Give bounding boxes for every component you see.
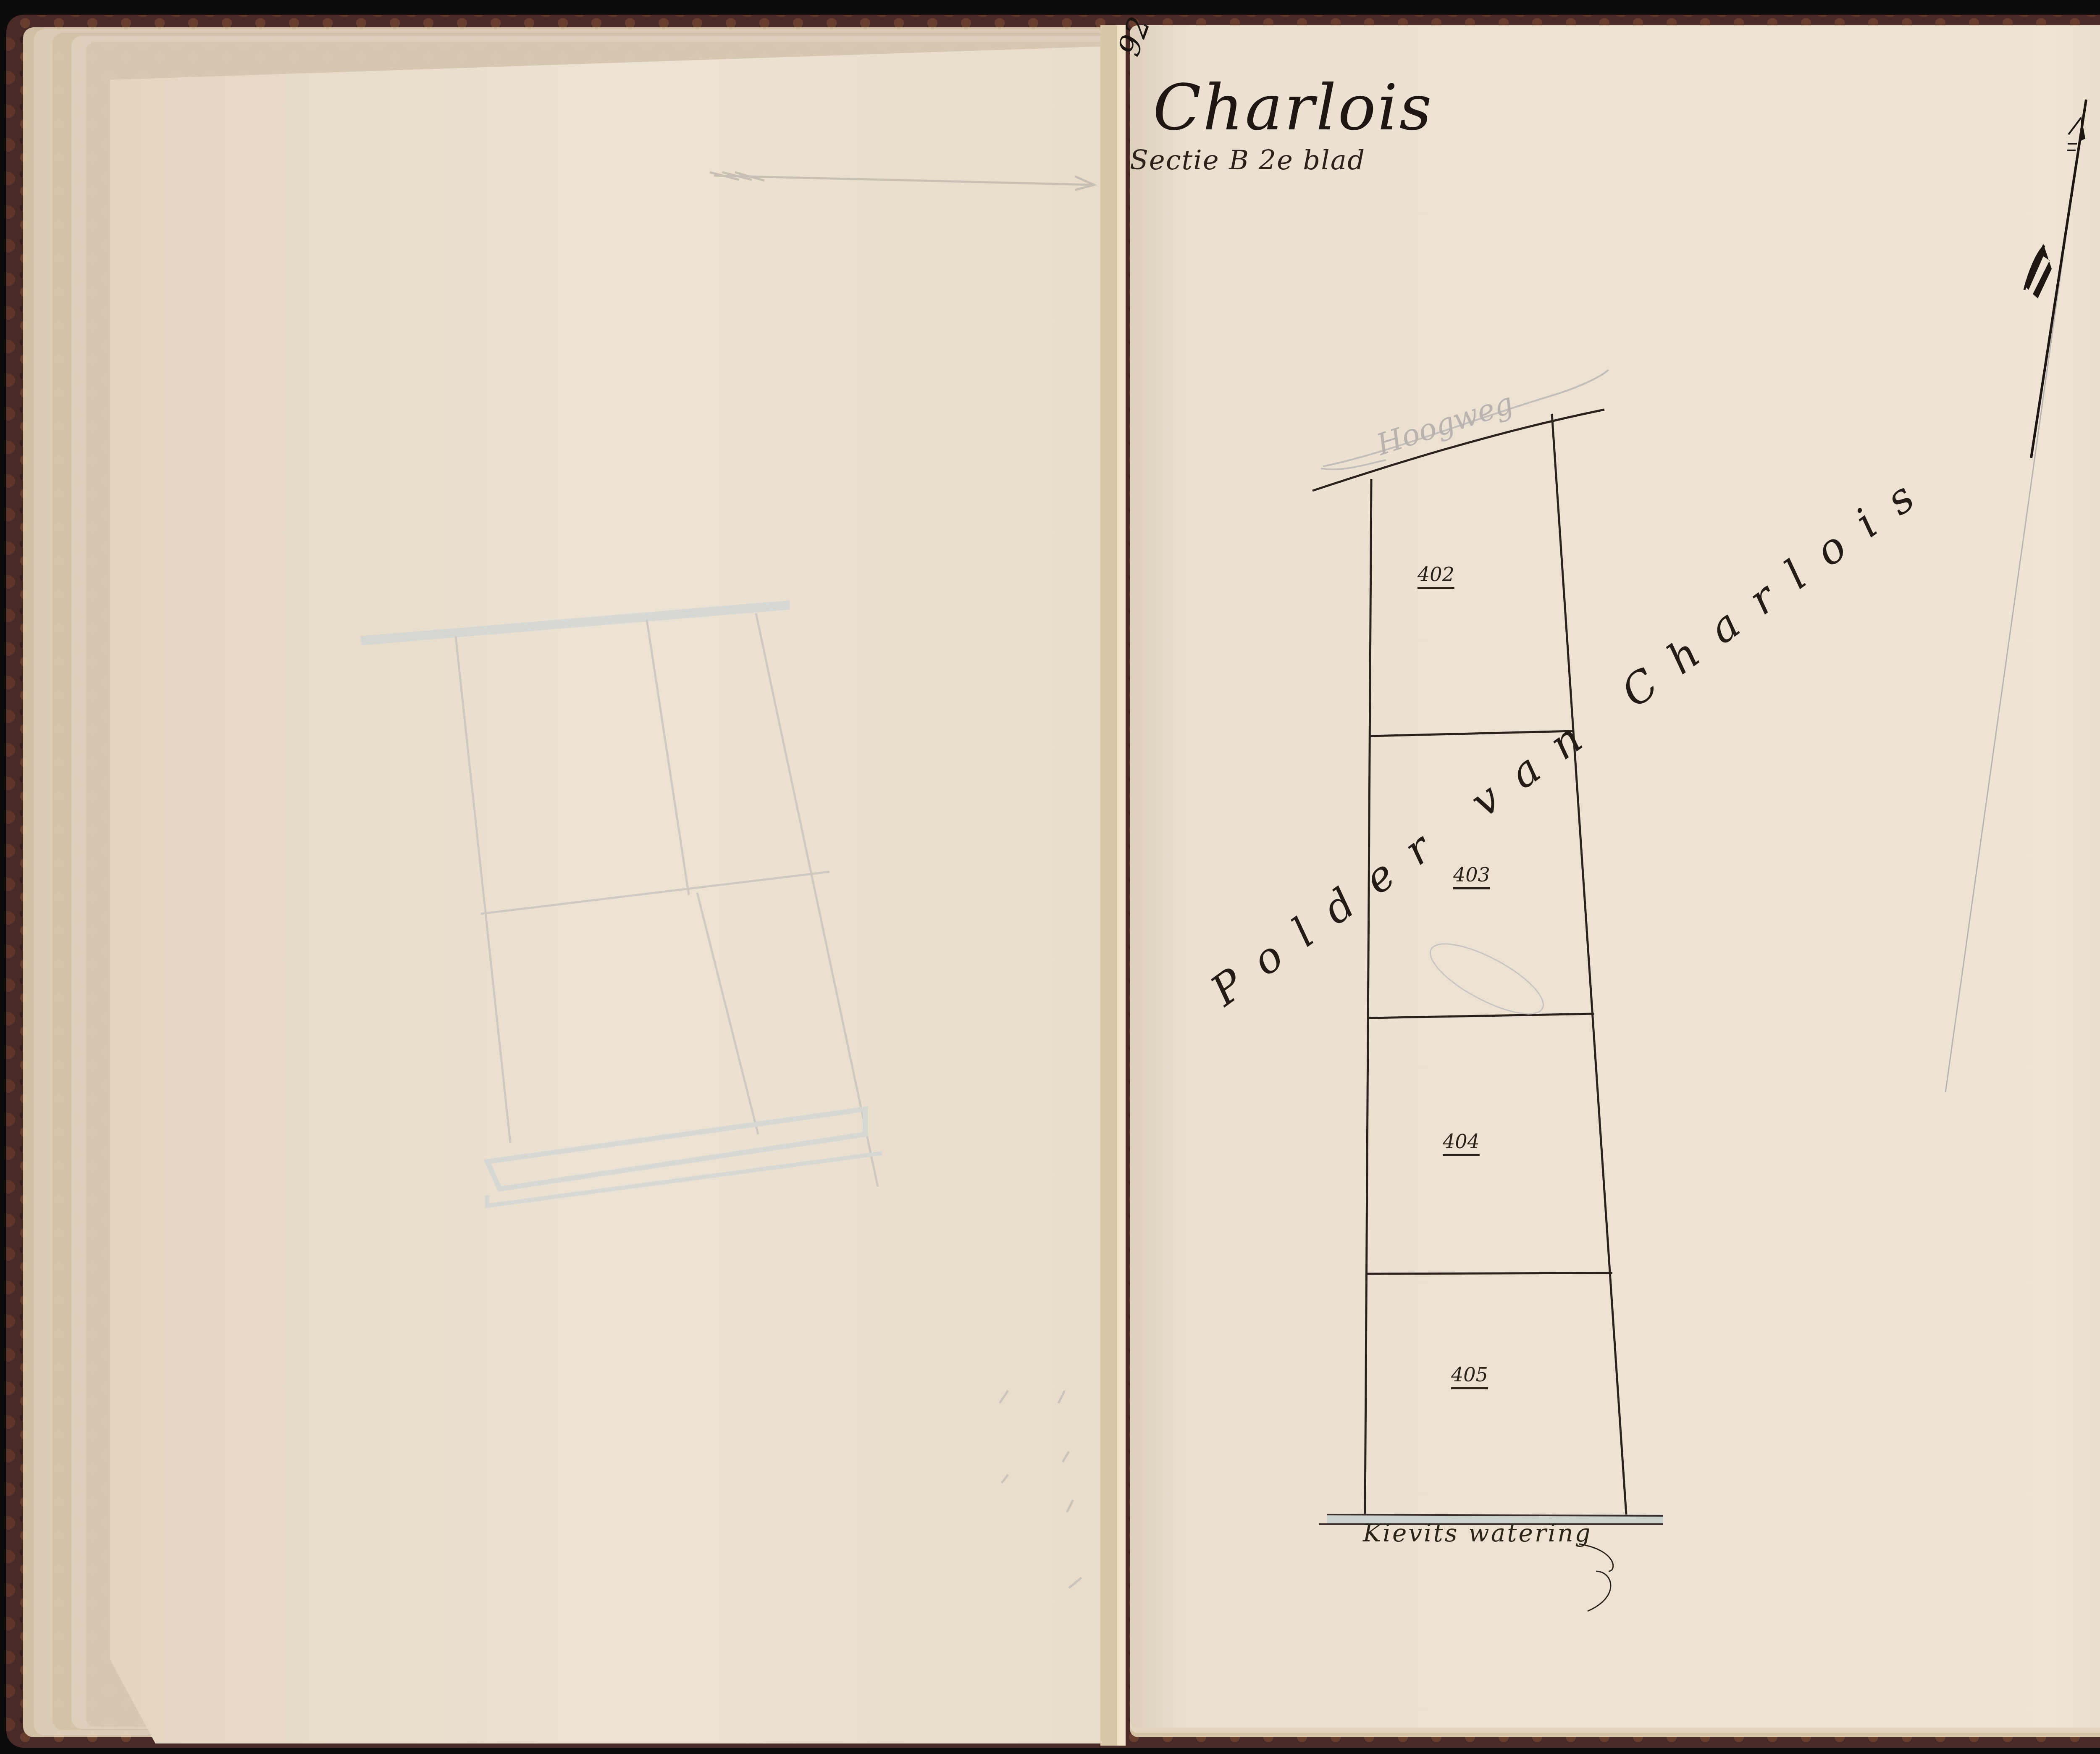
parcel-label-405: 405 <box>1451 1363 1488 1386</box>
left-page <box>110 46 1123 1743</box>
open-atlas-book: 92 Charlois Sectie B 2e blad 32 Hoogweg … <box>0 0 2100 1754</box>
parcel-label-404: 404 <box>1443 1130 1480 1153</box>
page-title: Charlois <box>1153 71 1433 145</box>
book-illustration <box>0 0 2100 1754</box>
water-label: Kievits watering <box>1363 1519 1592 1547</box>
divider-404-405 <box>1367 1273 1612 1274</box>
parcel-label-402: 402 <box>1417 563 1454 586</box>
right-page <box>1130 26 2100 1728</box>
section-subtitle: Sectie B 2e blad <box>1130 145 1365 176</box>
parcel-label-403: 403 <box>1453 863 1490 886</box>
